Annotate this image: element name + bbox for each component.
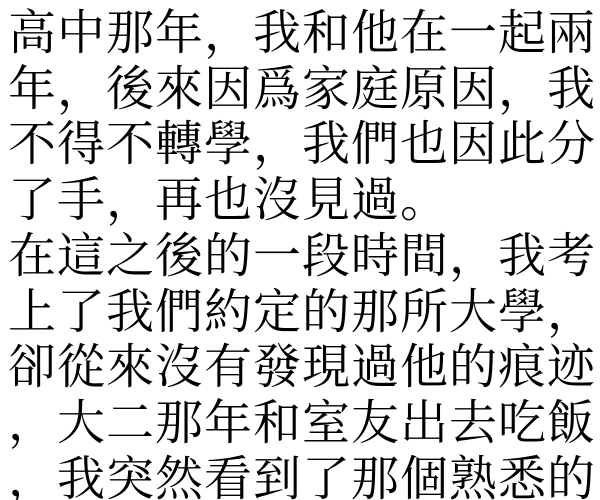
text-line: 年，後來因爲家庭原因，我: [8, 62, 600, 118]
text-line: ，大二那年和室友出去吃飯: [8, 396, 600, 452]
text-line: 高中那年，我和他在一起兩: [8, 6, 600, 62]
text-page: 高中那年，我和他在一起兩 年，後來因爲家庭原因，我 不得不轉學，我們也因此分 了…: [0, 0, 600, 500]
text-line: 不得不轉學，我們也因此分: [8, 117, 600, 173]
text-line: 上了我們約定的那所大學，: [8, 285, 600, 341]
text-line: ，我突然看到了那個熟悉的: [8, 452, 600, 500]
text-line: 了手，再也沒見過。: [8, 173, 600, 229]
text-line: 卻從來沒有發現過他的痕迹: [8, 340, 600, 396]
text-line: 在這之後的一段時間，我考: [8, 229, 600, 285]
